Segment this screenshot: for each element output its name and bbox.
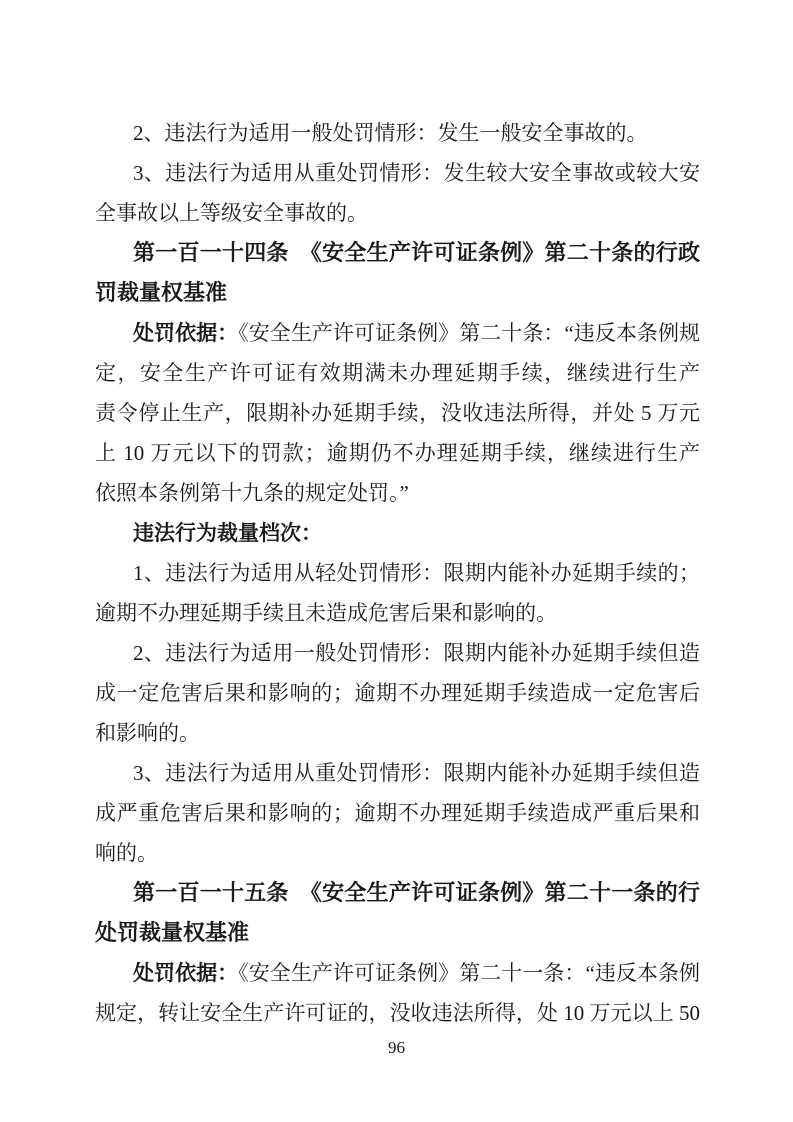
text-line: 3、违法行为适用从重处罚情形：限期内能补办延期手续但造 (95, 753, 700, 793)
text-line: 2、违法行为适用一般处罚情形：限期内能补办延期手续但造 (95, 633, 700, 673)
bold-text-segment: 处罚依据： (133, 321, 238, 345)
text-segment: 和影响的。 (95, 721, 200, 745)
text-segment: 1、违法行为适用从轻处罚情形：限期内能补办延期手续的； (133, 561, 700, 585)
text-line: 处罚依据：《安全生产许可证条例》第二十一条：“违反本条例 (95, 953, 700, 993)
heading-line: 第一百一十五条 《安全生产许可证条例》第二十一条的行政 (95, 873, 700, 913)
text-segment: 响的。 (95, 841, 158, 865)
text-segment: 2、违法行为适用一般处罚情形：发生一般安全事故的。 (133, 121, 648, 145)
text-line: 逾期不办理延期手续且未造成危害后果和影响的。 (95, 593, 700, 633)
text-line: 定，安全生产许可证有效期满未办理延期手续，继续进行生产的， (95, 353, 700, 393)
page-number: 96 (388, 1038, 405, 1057)
text-line: 2、违法行为适用一般处罚情形：发生一般安全事故的。 (95, 113, 700, 153)
bold-text-segment: 罚裁量权基准 (95, 280, 227, 305)
text-line: 成严重危害后果和影响的；逾期不办理延期手续造成严重后果和影 (95, 793, 700, 833)
text-line: 责令停止生产，限期补办延期手续，没收违法所得，并处 5 万元以 (95, 393, 700, 433)
text-segment: 成一定危害后果和影响的；逾期不办理延期手续造成一定危害后果 (95, 681, 700, 713)
text-segment: 定，安全生产许可证有效期满未办理延期手续，继续进行生产的， (95, 361, 700, 393)
text-line: 1、违法行为适用从轻处罚情形：限期内能补办延期手续的； (95, 553, 700, 593)
document-body: 2、违法行为适用一般处罚情形：发生一般安全事故的。3、违法行为适用从重处罚情形：… (95, 113, 700, 1033)
heading-line: 罚裁量权基准 (95, 273, 700, 313)
text-segment: 逾期不办理延期手续且未造成危害后果和影响的。 (95, 601, 557, 625)
text-line: 全事故以上等级安全事故的。 (95, 193, 700, 233)
text-segment: 《安全生产许可证条例》第二十条：“违反本条例规 (238, 321, 700, 345)
text-line: 规定，转让安全生产许可证的，没收违法所得，处 10 万元以上 50 (95, 993, 700, 1033)
text-line: 违法行为裁量档次： (95, 513, 700, 553)
document-page: 2、违法行为适用一般处罚情形：发生一般安全事故的。3、违法行为适用从重处罚情形：… (0, 0, 793, 1122)
text-segment: 全事故以上等级安全事故的。 (95, 201, 368, 225)
text-line: 3、违法行为适用从重处罚情形：发生较大安全事故或较大安 (95, 153, 700, 193)
text-segment: 依照本条例第十九条的规定处罚。” (95, 481, 409, 505)
text-segment: 上 10 万元以下的罚款；逾期仍不办理延期手续，继续进行生产的， (95, 441, 700, 473)
bold-text-segment: 处罚裁量权基准 (95, 920, 249, 945)
text-segment: 规定，转让安全生产许可证的，没收违法所得，处 10 万元以上 50 (95, 1001, 700, 1025)
bold-text-segment: 第一百一十四条 《安全生产许可证条例》第二十条的行政处 (95, 240, 700, 273)
text-line: 响的。 (95, 833, 700, 873)
text-segment: 成严重危害后果和影响的；逾期不办理延期手续造成严重后果和影 (95, 801, 700, 833)
text-segment: 3、违法行为适用从重处罚情形：限期内能补办延期手续但造 (133, 761, 700, 785)
heading-line: 处罚裁量权基准 (95, 913, 700, 953)
text-segment: 3、违法行为适用从重处罚情形：发生较大安全事故或较大安 (133, 161, 700, 185)
text-segment: 2、违法行为适用一般处罚情形：限期内能补办延期手续但造 (133, 641, 700, 665)
text-line: 处罚依据：《安全生产许可证条例》第二十条：“违反本条例规 (95, 313, 700, 353)
bold-text-segment: 违法行为裁量档次： (133, 521, 322, 545)
heading-line: 第一百一十四条 《安全生产许可证条例》第二十条的行政处 (95, 233, 700, 273)
text-line: 和影响的。 (95, 713, 700, 753)
text-line: 成一定危害后果和影响的；逾期不办理延期手续造成一定危害后果 (95, 673, 700, 713)
bold-text-segment: 处罚依据： (133, 961, 238, 985)
text-segment: 责令停止生产，限期补办延期手续，没收违法所得，并处 5 万元以 (95, 401, 700, 433)
bold-text-segment: 第一百一十五条 《安全生产许可证条例》第二十一条的行政 (95, 880, 700, 913)
text-line: 上 10 万元以下的罚款；逾期仍不办理延期手续，继续进行生产的， (95, 433, 700, 473)
page-footer: 96 (0, 1033, 793, 1063)
text-line: 依照本条例第十九条的规定处罚。” (95, 473, 700, 513)
text-segment: 《安全生产许可证条例》第二十一条：“违反本条例 (238, 961, 700, 985)
